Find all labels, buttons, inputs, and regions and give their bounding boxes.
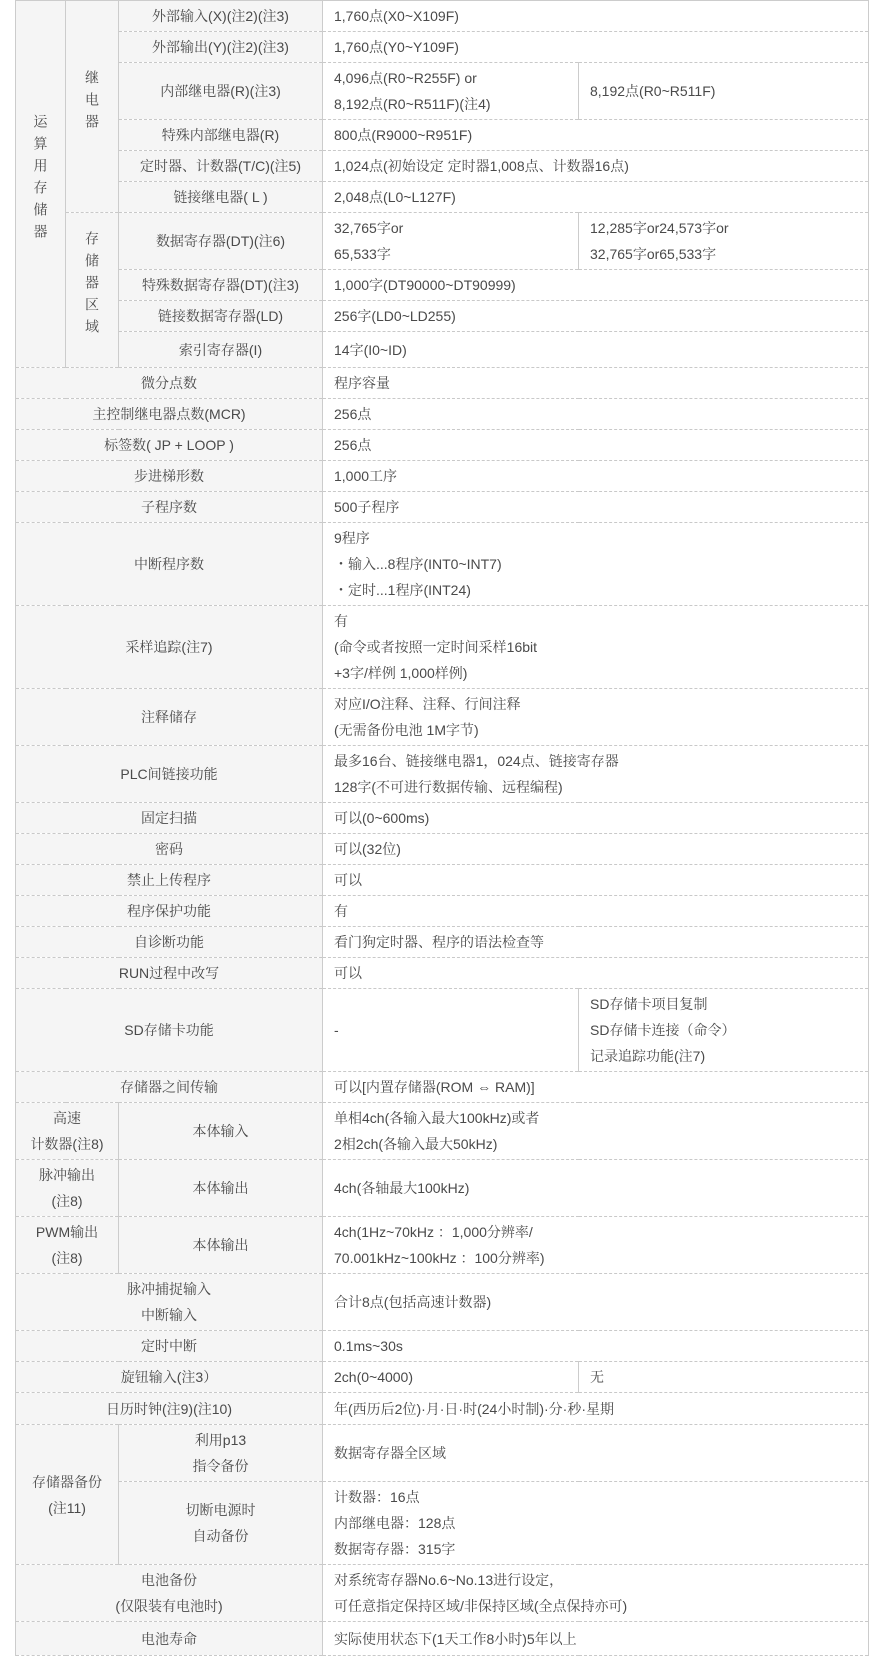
row-value: 对系统寄存器No.6~No.13进行设定， 可任意指定保持区域/非保持区域(全点… [323,1565,869,1622]
row-label: 链接继电器( L ) [119,182,323,213]
row-value: 1,760点(Y0~Y109F) [323,32,869,63]
table-row: 存储器备份 (注11) 利用p13 指令备份 数据寄存器全区域 [16,1425,869,1482]
table-row: 内部继电器(R)(注3) 4,096点(R0~R255F) or 8,192点(… [16,63,869,120]
row-value: 数据寄存器全区域 [323,1425,869,1482]
row-value: 看门狗定时器、程序的语法检查等 [323,927,869,958]
table-row: 日历时钟(注9)(注10) 年(西历后2位)·月·日·时(24小时制)·分·秒·… [16,1393,869,1425]
table-row: 子程序数 500子程序 [16,492,869,523]
row-value: 计数器：16点 内部继电器：128点 数据寄存器：315字 [323,1482,869,1565]
row-label: 旋钮输入(注3） [16,1362,323,1393]
row-label: 禁止上传程序 [16,865,323,896]
row-value-alt: SD存储卡项目复制 SD存储卡连接（命令） 记录追踪功能(注7) [579,989,869,1072]
table-row: 运算用存储器 继电器 外部输入(X)(注2)(注3) 1,760点(X0~X10… [16,1,869,32]
spec-table: 运算用存储器 继电器 外部输入(X)(注2)(注3) 1,760点(X0~X10… [15,0,869,1656]
row-label: 自诊断功能 [16,927,323,958]
row-value: 最多16台、链接继电器1，024点、链接寄存器 128字(不可进行数据传输、远程… [323,746,869,803]
table-row: 外部输出(Y)(注2)(注3) 1,760点(Y0~Y109F) [16,32,869,63]
memory-group-label: 运算用存储器 [28,114,54,246]
row-value: 可以(0~600ms) [323,803,869,834]
memory-group-cell: 运算用存储器 [16,1,66,368]
row-value: 9程序 ・输入...8程序(INT0~INT7) ・定时...1程序(INT24… [323,523,869,606]
row-label: 微分点数 [16,368,323,399]
row-label: 存储器之间传输 [16,1072,323,1103]
row-label: 本体输出 [119,1160,323,1217]
table-row: 存储器之间传输 可以[内置存储器(ROM ⇔ RAM)] [16,1072,869,1103]
table-row: 特殊数据寄存器(DT)(注3) 1,000字(DT90000~DT90999) [16,270,869,301]
row-label: 日历时钟(注9)(注10) [16,1393,323,1425]
row-value: 可以(32位) [323,834,869,865]
row-label: 内部继电器(R)(注3) [119,63,323,120]
table-row: 中断程序数 9程序 ・输入...8程序(INT0~INT7) ・定时...1程序… [16,523,869,606]
table-row: 固定扫描 可以(0~600ms) [16,803,869,834]
table-row: 切断电源时 自动备份 计数器：16点 内部继电器：128点 数据寄存器：315字 [16,1482,869,1565]
table-row: 程序保护功能 有 [16,896,869,927]
row-group-label: 高速 计数器(注8) [16,1103,119,1160]
row-label: 特殊数据寄存器(DT)(注3) [119,270,323,301]
row-value: 800点(R9000~R951F) [323,120,869,151]
row-group-label: 脉冲输出 (注8) [16,1160,119,1217]
table-row: 注释储存 对应I/O注释、注释、行间注释 (无需备份电池 1M字节) [16,689,869,746]
row-label: 子程序数 [16,492,323,523]
row-label: 定时器、计数器(T/C)(注5) [119,151,323,182]
row-value: 年(西历后2位)·月·日·时(24小时制)·分·秒·星期 [323,1393,869,1425]
table-row: 链接继电器( L ) 2,048点(L0~L127F) [16,182,869,213]
table-row: 电池备份 (仅限装有电池时) 对系统寄存器No.6~No.13进行设定， 可任意… [16,1565,869,1622]
table-row: 脉冲输出 (注8) 本体输出 4ch(各轴最大100kHz) [16,1160,869,1217]
row-value: 合计8点(包括高速计数器) [323,1274,869,1331]
row-label: 利用p13 指令备份 [119,1425,323,1482]
table-row: 高速 计数器(注8) 本体输入 单相4ch(各输入最大100kHz)或者 2相2… [16,1103,869,1160]
row-value: 程序容量 [323,368,869,399]
row-label: 外部输出(Y)(注2)(注3) [119,32,323,63]
row-value: 有 [323,896,869,927]
row-label: 脉冲捕捉输入 中断输入 [16,1274,323,1331]
row-value: 1,760点(X0~X109F) [323,1,869,32]
row-label: 电池备份 (仅限装有电池时) [16,1565,323,1622]
row-value: 可以 [323,958,869,989]
row-label: RUN过程中改写 [16,958,323,989]
row-label: 密码 [16,834,323,865]
memory-area-group-cell: 存储器区域 [66,213,119,368]
row-value: 0.1ms~30s [323,1331,869,1362]
row-label: 特殊内部继电器(R) [119,120,323,151]
row-label: 步进梯形数 [16,461,323,492]
row-value: 256点 [323,430,869,461]
row-value: 32,765字or 65,533字 [323,213,579,270]
row-label: 本体输入 [119,1103,323,1160]
table-row: 自诊断功能 看门狗定时器、程序的语法检查等 [16,927,869,958]
row-label: 主控制继电器点数(MCR) [16,399,323,430]
backup-group-cell: 存储器备份 (注11) [16,1425,119,1565]
row-value-alt: 无 [579,1362,869,1393]
table-row: 链接数据寄存器(LD) 256字(LD0~LD255) [16,301,869,332]
row-label: 采样追踪(注7) [16,606,323,689]
row-value: 4,096点(R0~R255F) or 8,192点(R0~R511F)(注4) [323,63,579,120]
row-value: 1,000字(DT90000~DT90999) [323,270,869,301]
table-row: 索引寄存器(I) 14字(I0~ID) [16,332,869,368]
table-row: 微分点数 程序容量 [16,368,869,399]
row-value: 2ch(0~4000) [323,1362,579,1393]
row-value: 单相4ch(各输入最大100kHz)或者 2相2ch(各输入最大50kHz) [323,1103,869,1160]
row-label: 外部输入(X)(注2)(注3) [119,1,323,32]
row-label: 定时中断 [16,1331,323,1362]
table-row: 特殊内部继电器(R) 800点(R9000~R951F) [16,120,869,151]
row-label: 程序保护功能 [16,896,323,927]
row-label: 本体输出 [119,1217,323,1274]
table-row: 旋钮输入(注3） 2ch(0~4000) 无 [16,1362,869,1393]
row-value: 500子程序 [323,492,869,523]
row-label: 切断电源时 自动备份 [119,1482,323,1565]
row-group-label: PWM输出 (注8) [16,1217,119,1274]
row-label: SD存储卡功能 [16,989,323,1072]
relay-group-label: 继电器 [79,70,105,136]
table-row: PLC间链接功能 最多16台、链接继电器1，024点、链接寄存器 128字(不可… [16,746,869,803]
row-value: 2,048点(L0~L127F) [323,182,869,213]
row-label: PLC间链接功能 [16,746,323,803]
table-row: 定时中断 0.1ms~30s [16,1331,869,1362]
table-row: 禁止上传程序 可以 [16,865,869,896]
row-label: 中断程序数 [16,523,323,606]
row-value: 14字(I0~ID) [323,332,869,368]
memory-area-group-label: 存储器区域 [79,231,105,341]
row-value: 256字(LD0~LD255) [323,301,869,332]
row-value: - [323,989,579,1072]
row-label: 链接数据寄存器(LD) [119,301,323,332]
row-value: 实际使用状态下(1天工作8小时)5年以上 [323,1622,869,1656]
row-value: 1,024点(初始设定 定时器1,008点、计数器16点) [323,151,869,182]
row-value: 4ch(各轴最大100kHz) [323,1160,869,1217]
row-value: 有 (命令或者按照一定时间采样16bit +3字/样例 1,000样例) [323,606,869,689]
row-label: 索引寄存器(I) [119,332,323,368]
row-value: 可以 [323,865,869,896]
row-value: 可以[内置存储器(ROM ⇔ RAM)] [323,1072,869,1103]
spec-page: 运算用存储器 继电器 外部输入(X)(注2)(注3) 1,760点(X0~X10… [0,0,890,1656]
row-label: 电池寿命 [16,1622,323,1656]
table-row: 采样追踪(注7) 有 (命令或者按照一定时间采样16bit +3字/样例 1,0… [16,606,869,689]
table-row: 主控制继电器点数(MCR) 256点 [16,399,869,430]
row-value: 256点 [323,399,869,430]
row-label: 标签数( JP + LOOP ) [16,430,323,461]
table-row: PWM输出 (注8) 本体输出 4ch(1Hz~70kHz ：1,000分辨率/… [16,1217,869,1274]
row-label: 固定扫描 [16,803,323,834]
row-value: 1,000工序 [323,461,869,492]
table-row: 脉冲捕捉输入 中断输入 合计8点(包括高速计数器) [16,1274,869,1331]
table-row: SD存储卡功能 - SD存储卡项目复制 SD存储卡连接（命令） 记录追踪功能(注… [16,989,869,1072]
table-row: 存储器区域 数据寄存器(DT)(注6) 32,765字or 65,533字 12… [16,213,869,270]
table-row: 电池寿命 实际使用状态下(1天工作8小时)5年以上 [16,1622,869,1656]
relay-group-cell: 继电器 [66,1,119,213]
row-value-alt: 12,285字or24,573字or 32,765字or65,533字 [579,213,869,270]
row-value: 4ch(1Hz~70kHz ：1,000分辨率/ 70.001kHz~100kH… [323,1217,869,1274]
table-row: 步进梯形数 1,000工序 [16,461,869,492]
row-label: 注释储存 [16,689,323,746]
table-row: 定时器、计数器(T/C)(注5) 1,024点(初始设定 定时器1,008点、计… [16,151,869,182]
table-row: RUN过程中改写 可以 [16,958,869,989]
table-row: 标签数( JP + LOOP ) 256点 [16,430,869,461]
table-row: 密码 可以(32位) [16,834,869,865]
row-value: 对应I/O注释、注释、行间注释 (无需备份电池 1M字节) [323,689,869,746]
row-value-alt: 8,192点(R0~R511F) [579,63,869,120]
row-label: 数据寄存器(DT)(注6) [119,213,323,270]
